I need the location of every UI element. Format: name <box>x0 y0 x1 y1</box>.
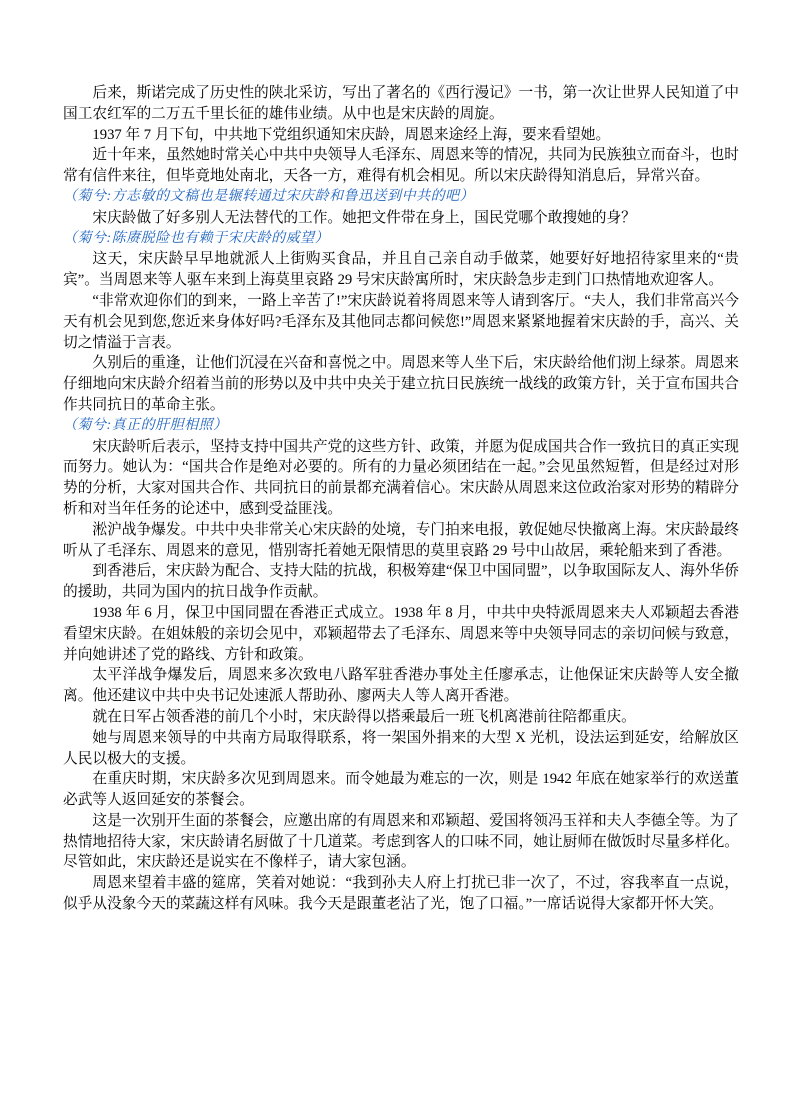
body-paragraph: 这天，宋庆龄早早地就派人上街购买食品，并且自己亲自动手做菜，她要好好地招待家里来… <box>63 249 739 291</box>
body-paragraph: 宋庆龄听后表示，坚持支持中国共产党的这些方针、政策，并愿为促成国共合作一致抗日的… <box>63 437 739 520</box>
body-paragraph: 周恩来望着丰盛的筵席，笑着对她说：“我到孙夫人府上打扰已非一次了，不过，容我率直… <box>63 873 739 915</box>
annotation-paragraph: （菊兮:方志敏的文稿也是辗转通过宋庆龄和鲁迅送到中共的吧） <box>63 187 739 208</box>
body-paragraph: 淞沪战争爆发。中共中央非常关心宋庆龄的处境，专门拍来电报，敦促她尽快撤离上海。宋… <box>63 520 739 562</box>
body-paragraph: 这是一次别开生面的茶餐会，应邀出席的有周恩来和邓颖超、爱国将领冯玉祥和夫人李德全… <box>63 811 739 873</box>
annotation-paragraph: （菊兮:陈赓脱险也有赖于宋庆龄的威望） <box>63 229 739 250</box>
body-paragraph: 1938 年 6 月，保卫中国同盟在香港正式成立。1938 年 8 月，中共中央… <box>63 603 739 665</box>
body-paragraph: 在重庆时期，宋庆龄多次见到周恩来。而令她最为难忘的一次，则是 1942 年底在她… <box>63 769 739 811</box>
body-paragraph: 1937 年 7 月下旬，中共地下党组织通知宋庆龄，周恩来途经上海，要来看望她。 <box>63 125 739 146</box>
body-paragraph: 到香港后，宋庆龄为配合、支持大陆的抗战，积极筹建“保卫中国同盟”，以争取国际友人… <box>63 561 739 603</box>
body-paragraph: 太平洋战争爆发后，周恩来多次致电八路军驻香港办事处主任廖承志，让他保证宋庆龄等人… <box>63 665 739 707</box>
document-body: 后来，斯诺完成了历史性的陕北采访，写出了著名的《西行漫记》一书，第一次让世界人民… <box>63 83 739 915</box>
body-paragraph: 就在日军占领香港的前几个小时，宋庆龄得以搭乘最后一班飞机离港前往陪都重庆。 <box>63 707 739 728</box>
annotation-paragraph: （菊兮:真正的肝胆相照） <box>63 416 739 437</box>
body-paragraph: “非常欢迎你们的到来，一路上辛苦了!”宋庆龄说着将周恩来等人请到客厅。“夫人，我… <box>63 291 739 353</box>
body-paragraph: 她与周恩来领导的中共南方局取得联系，将一架国外捐来的大型 X 光机，设法运到延安… <box>63 728 739 770</box>
document-page: 后来，斯诺完成了历史性的陕北采访，写出了著名的《西行漫记》一书，第一次让世界人民… <box>0 0 800 1100</box>
body-paragraph: 近十年来，虽然她时常关心中共中央领导人毛泽东、周恩来等的情况，共同为民族独立而奋… <box>63 145 739 187</box>
body-paragraph: 久别后的重逢，让他们沉浸在兴奋和喜悦之中。周恩来等人坐下后，宋庆龄给他们沏上绿茶… <box>63 353 739 415</box>
body-paragraph: 宋庆龄做了好多别人无法替代的工作。她把文件带在身上，国民党哪个敢搜她的身？ <box>63 208 739 229</box>
body-paragraph: 后来，斯诺完成了历史性的陕北采访，写出了著名的《西行漫记》一书，第一次让世界人民… <box>63 83 739 125</box>
